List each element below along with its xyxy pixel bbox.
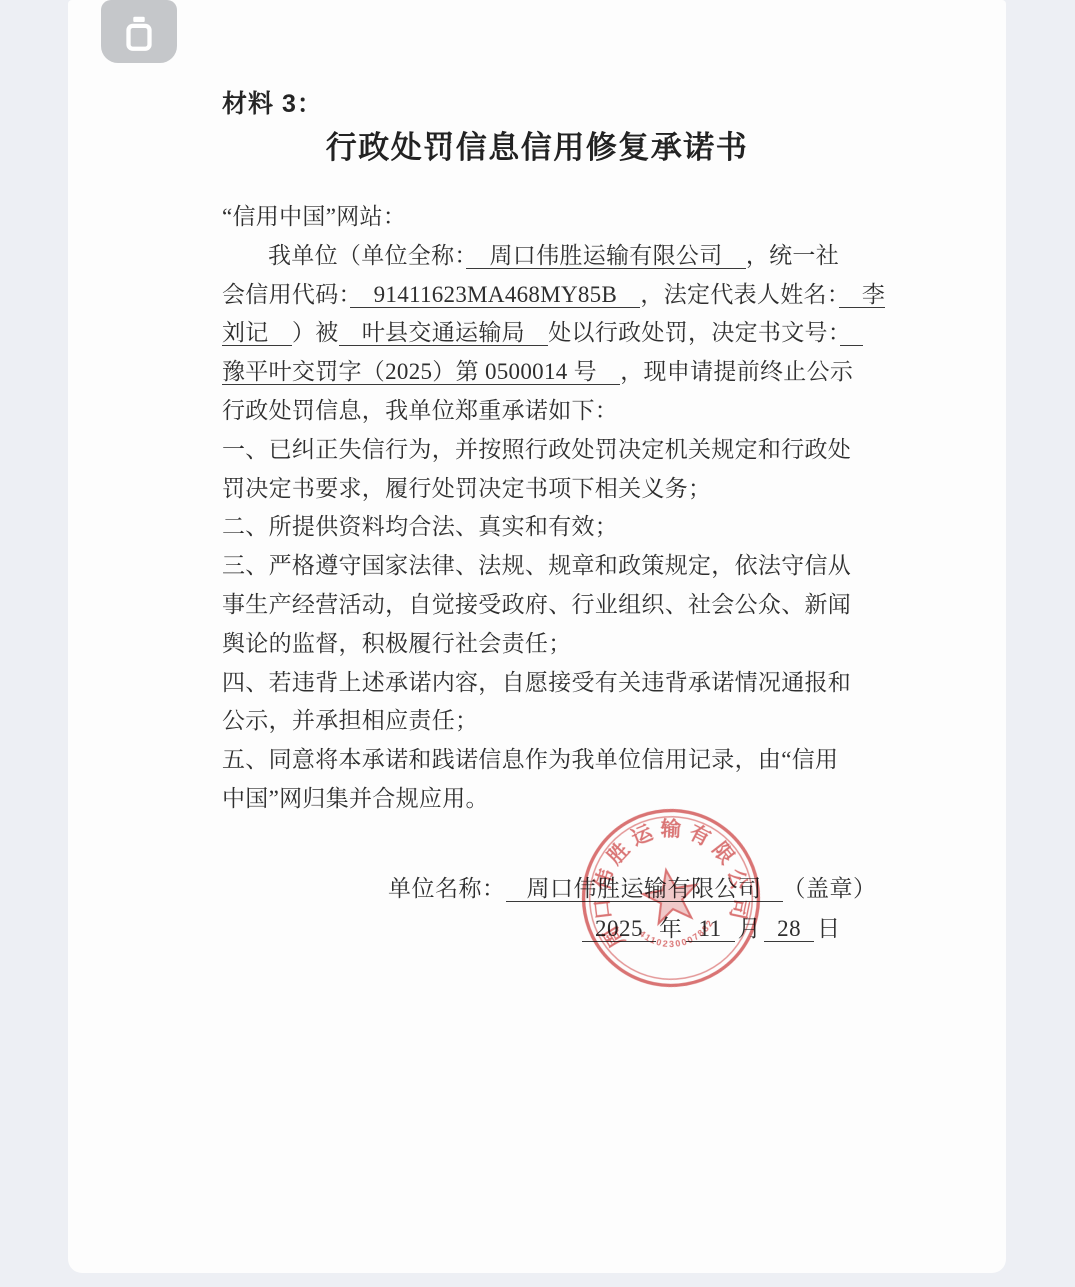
line-text: 五、同意将本承诺和践诺信息作为我单位信用记录，由“信用 — [222, 747, 838, 772]
line-text: ，法定代表人姓名： — [640, 282, 838, 307]
seal-code-text: 4110230007882 — [636, 916, 719, 955]
company-seal-graphic: 周口伟胜运输有限公司 4110230007882 — [556, 788, 786, 1008]
document-line: 四、若违背上述承诺内容，自愿接受有关违背承诺情况通报和 — [222, 664, 862, 703]
unit-name-label: 单位名称： — [388, 876, 506, 901]
filled-in-value: 刘记 — [222, 320, 292, 346]
line-text: 我单位（单位全称： — [268, 243, 466, 268]
filled-in-value: 豫平叶交罚字（2025）第 0500014 号 — [222, 359, 620, 385]
filled-in-value: 李 — [839, 282, 886, 308]
seal-star — [640, 866, 702, 926]
delete-button[interactable] — [101, 0, 177, 63]
trash-icon — [118, 11, 160, 55]
filled-in-value: 周口伟胜运输有限公司 — [466, 243, 746, 269]
document-line: 中国”网归集并合规应用。 — [222, 780, 862, 819]
document-line: 豫平叶交罚字（2025）第 0500014 号 ，现申请提前终止公示 — [222, 353, 862, 392]
document-line: 我单位（单位全称： 周口伟胜运输有限公司 ，统一社 — [222, 237, 862, 276]
line-text: ）被 — [292, 320, 339, 345]
line-text: 中国”网归集并合规应用。 — [222, 786, 489, 811]
line-text: 四、若违背上述承诺内容，自愿接受有关违背承诺情况通报和 — [222, 670, 851, 695]
document-line: “信用中国”网站： — [222, 198, 862, 237]
document-line: 一、已纠正失信行为，并按照行政处罚决定机关规定和行政处 — [222, 431, 862, 470]
filled-in-value: 91411623MA468MY85B — [350, 282, 640, 308]
line-text: 三、严格遵守国家法律、法规、规章和政策规定，依法守信从 — [222, 553, 851, 578]
line-text: 罚决定书要求，履行处罚决定书项下相关义务； — [222, 476, 711, 501]
document-line: 五、同意将本承诺和践诺信息作为我单位信用记录，由“信用 — [222, 741, 862, 780]
document-line: 二、所提供资料均合法、真实和有效； — [222, 508, 862, 547]
seal-note: （盖章） — [783, 876, 877, 901]
filled-in-value — [840, 320, 863, 346]
line-text: 一、已纠正失信行为，并按照行政处罚决定机关规定和行政处 — [222, 437, 851, 462]
document-line: 三、严格遵守国家法律、法规、规章和政策规定，依法守信从 — [222, 547, 862, 586]
line-text: 处以行政处罚，决定书文号： — [548, 320, 839, 345]
date-day-unit: 日 — [814, 916, 844, 941]
line-text: 二、所提供资料均合法、真实和有效； — [222, 514, 618, 539]
line-text: 行政处罚信息，我单位郑重承诺如下： — [222, 398, 618, 423]
document-line: 会信用代码： 91411623MA468MY85B ，法定代表人姓名： 李 — [222, 276, 862, 315]
document-line: 刘记 ）被 叶县交通运输局 处以行政处罚，决定书文号： — [222, 314, 862, 353]
document-content: 材料 3： 行政处罚信息信用修复承诺书 “信用中国”网站：我单位（单位全称： 周… — [222, 84, 862, 1184]
line-text: ，现申请提前终止公示 — [620, 359, 853, 384]
svg-text:4110230007882: 4110230007882 — [636, 916, 719, 955]
document-line: 舆论的监督，积极履行社会责任； — [222, 625, 862, 664]
document-line: 事生产经营活动，自觉接受政府、行业组织、社会公众、新闻 — [222, 586, 862, 625]
document-title: 行政处罚信息信用修复承诺书 — [222, 122, 852, 167]
line-text: 公示，并承担相应责任； — [222, 708, 478, 733]
document-line: 罚决定书要求，履行处罚决定书项下相关义务； — [222, 470, 862, 509]
line-text: ，统一社 — [746, 243, 839, 268]
filled-in-value: 叶县交通运输局 — [339, 320, 549, 346]
line-text: 舆论的监督，积极履行社会责任； — [222, 631, 572, 656]
document-body: “信用中国”网站：我单位（单位全称： 周口伟胜运输有限公司 ，统一社会信用代码：… — [222, 198, 862, 819]
line-text: “信用中国”网站： — [222, 204, 406, 229]
material-label: 材料 3： — [222, 84, 323, 120]
document-line: 行政处罚信息，我单位郑重承诺如下： — [222, 392, 862, 431]
document-line: 公示，并承担相应责任； — [222, 702, 862, 741]
screenshot-root: 材料 3： 行政处罚信息信用修复承诺书 “信用中国”网站：我单位（单位全称： 周… — [0, 0, 1075, 1287]
line-text: 事生产经营活动，自觉接受政府、行业组织、社会公众、新闻 — [222, 592, 851, 617]
company-seal: 周口伟胜运输有限公司 4110230007882 — [556, 788, 786, 1008]
line-text: 会信用代码： — [222, 282, 350, 307]
